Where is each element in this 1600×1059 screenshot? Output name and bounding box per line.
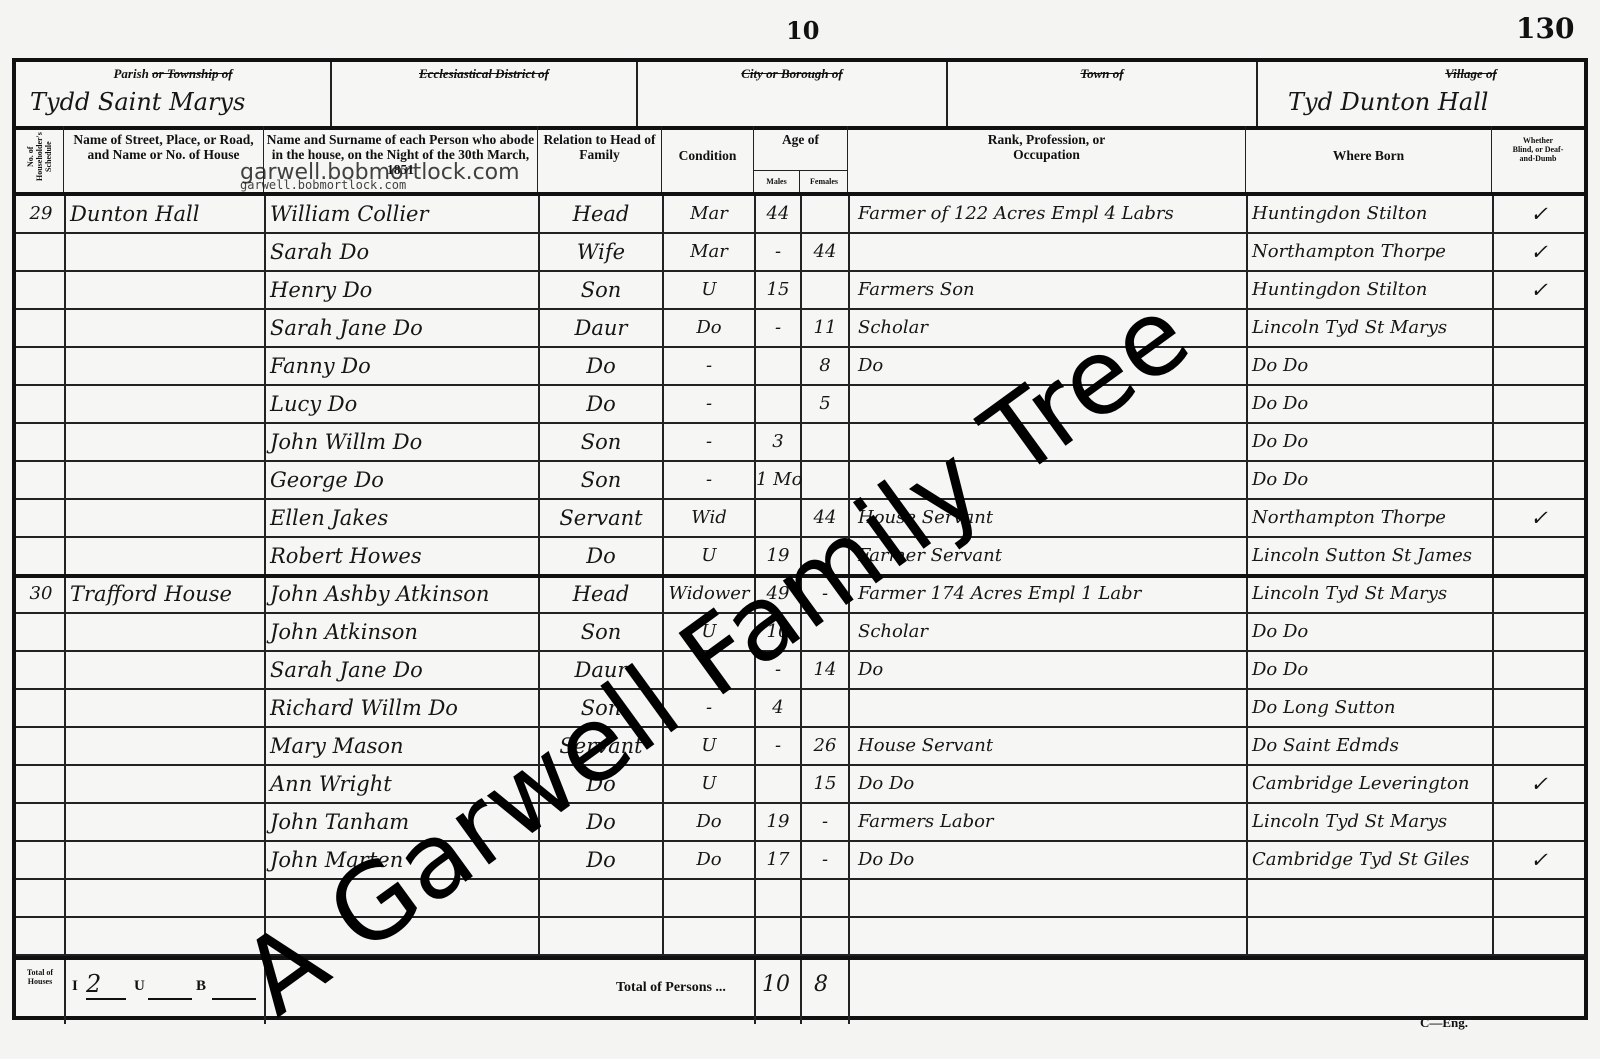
- relation: Do: [540, 538, 662, 574]
- col-condition: Condition: [662, 126, 754, 192]
- condition: [664, 880, 754, 916]
- schedule-number: [20, 880, 62, 916]
- age-male: 10: [756, 614, 800, 650]
- where-born: Do Long Sutton: [1252, 690, 1492, 726]
- relation: [540, 918, 662, 954]
- age-male: 1 Mo: [756, 462, 800, 498]
- age-female: 26: [802, 728, 848, 764]
- relation: Daur: [540, 310, 662, 346]
- age-female: [802, 880, 848, 916]
- occupation: Scholar: [858, 310, 1238, 346]
- occupation: Farmers Labor: [858, 804, 1238, 840]
- occupation: Farmer Servant: [858, 538, 1238, 574]
- village-value: Tyd Dunton Hall: [1288, 88, 1488, 116]
- table-row: Ann WrightDoU15Do DoCambridge Leveringto…: [16, 766, 1584, 804]
- age-female: 8: [802, 348, 848, 384]
- schedule-number: [20, 842, 62, 878]
- relation: Servant: [540, 728, 662, 764]
- relation: Son: [540, 424, 662, 460]
- age-male: 49: [756, 576, 800, 612]
- blind-deaf-mark: ✓: [1494, 234, 1584, 270]
- condition: Do: [664, 310, 754, 346]
- occupation: Do: [858, 652, 1238, 688]
- total-houses-label: Total of Houses: [20, 968, 60, 986]
- census-sheet: Parish or Township of Tydd Saint Marys E…: [12, 58, 1588, 1020]
- occupation: Scholar: [858, 614, 1238, 650]
- relation: Daur: [540, 652, 662, 688]
- age-male: -: [756, 310, 800, 346]
- where-born: Huntingdon Stilton: [1252, 272, 1492, 308]
- street-name: [70, 766, 260, 802]
- person-name: Sarah Do: [270, 234, 369, 270]
- occupation: [858, 690, 1238, 726]
- males-total: 10: [762, 972, 790, 997]
- condition: U: [664, 614, 754, 650]
- relation: Do: [540, 842, 662, 878]
- table-row: John MartenDoDo17-Do DoCambridge Tyd St …: [16, 842, 1584, 880]
- schedule-number: [20, 272, 62, 308]
- age-female: [802, 614, 848, 650]
- blind-deaf-mark: ✓: [1494, 196, 1584, 232]
- condition: Widower: [664, 576, 754, 612]
- age-female: -: [802, 576, 848, 612]
- person-name: John Willm Do: [270, 424, 422, 460]
- age-male: 3: [756, 424, 800, 460]
- age-female: [802, 424, 848, 460]
- blind-deaf-mark: [1494, 348, 1584, 384]
- street-name: [70, 652, 260, 688]
- parish-cell: Parish or Township of Tydd Saint Marys: [16, 62, 332, 126]
- table-row: John AtkinsonSonU10ScholarDo Do: [16, 614, 1584, 652]
- street-name: [70, 842, 260, 878]
- age-male: [756, 766, 800, 802]
- table-row: 29Dunton HallWilliam CollierHeadMar44Far…: [16, 196, 1584, 234]
- parish-struck-label: or Township of: [152, 66, 232, 81]
- person-name: John Marten: [270, 842, 403, 878]
- relation: [540, 880, 662, 916]
- where-born: Do Do: [1252, 614, 1492, 650]
- age-male: -: [756, 234, 800, 270]
- age-female: [802, 196, 848, 232]
- total-persons-label: Total of Persons ...: [616, 980, 726, 996]
- age-female: [802, 538, 848, 574]
- person-name: George Do: [270, 462, 384, 498]
- occupation: House Servant: [858, 500, 1238, 536]
- where-born: Lincoln Sutton St James: [1252, 538, 1492, 574]
- blind-deaf-mark: [1494, 880, 1584, 916]
- schedule-number: [20, 234, 62, 270]
- inhabited-label: I: [72, 978, 78, 995]
- person-name: Sarah Jane Do: [270, 310, 423, 346]
- condition: -: [664, 652, 754, 688]
- condition: U: [664, 272, 754, 308]
- form-mark: C—Eng.: [1420, 1015, 1468, 1031]
- where-born: [1252, 918, 1492, 954]
- age-male: -: [756, 652, 800, 688]
- folio-number-center: 10: [786, 16, 819, 45]
- relation: Head: [540, 576, 662, 612]
- where-born: Do Saint Edmds: [1252, 728, 1492, 764]
- condition: -: [664, 424, 754, 460]
- street-name: Trafford House: [70, 576, 260, 612]
- relation: Wife: [540, 234, 662, 270]
- age-female: 44: [802, 234, 848, 270]
- town-label: Town of: [948, 66, 1256, 82]
- schedule-number: [20, 348, 62, 384]
- blind-deaf-mark: [1494, 386, 1584, 422]
- condition: Wid: [664, 500, 754, 536]
- blind-deaf-mark: [1494, 576, 1584, 612]
- schedule-number: [20, 386, 62, 422]
- age-male: 19: [756, 804, 800, 840]
- relation: Do: [540, 804, 662, 840]
- condition: Do: [664, 804, 754, 840]
- occupation: Farmer of 122 Acres Empl 4 Labrs: [858, 196, 1238, 232]
- census-entries: 29Dunton HallWilliam CollierHeadMar44Far…: [16, 196, 1584, 956]
- street-name: [70, 386, 260, 422]
- city-label: City or Borough of: [638, 66, 946, 82]
- village-cell: Village of Tyd Dunton Hall: [1258, 62, 1584, 126]
- street-name: [70, 310, 260, 346]
- person-name: Ellen Jakes: [270, 500, 388, 536]
- where-born: Cambridge Leverington: [1252, 766, 1492, 802]
- parish-label: Parish: [113, 66, 148, 81]
- blind-deaf-mark: ✓: [1494, 272, 1584, 308]
- person-name: Ann Wright: [270, 766, 392, 802]
- blind-deaf-mark: ✓: [1494, 842, 1584, 878]
- schedule-number: [20, 918, 62, 954]
- condition: U: [664, 766, 754, 802]
- blind-deaf-mark: [1494, 462, 1584, 498]
- schedule-number: [20, 500, 62, 536]
- blind-deaf-mark: [1494, 652, 1584, 688]
- where-born: Do Do: [1252, 424, 1492, 460]
- ecclesiastical-label: Ecclesiastical District of: [332, 66, 636, 82]
- where-born: Do Do: [1252, 348, 1492, 384]
- age-female: [802, 690, 848, 726]
- table-row: Sarah Jane DoDaurDo-11ScholarLincoln Tyd…: [16, 310, 1584, 348]
- street-name: [70, 690, 260, 726]
- occupation: [858, 880, 1238, 916]
- age-male: [756, 880, 800, 916]
- col-schedule: No. of Householder's Schedule: [16, 126, 64, 192]
- where-born: [1252, 880, 1492, 916]
- relation: Do: [540, 348, 662, 384]
- occupation: Farmer 174 Acres Empl 1 Labr: [858, 576, 1238, 612]
- age-female: 44: [802, 500, 848, 536]
- table-row: John TanhamDoDo19-Farmers LaborLincoln T…: [16, 804, 1584, 842]
- relation: Do: [540, 386, 662, 422]
- blind-deaf-mark: [1494, 918, 1584, 954]
- relation: Son: [540, 690, 662, 726]
- blind-deaf-mark: [1494, 690, 1584, 726]
- age-male: -: [756, 728, 800, 764]
- table-row: George DoSon-1 MoDo Do: [16, 462, 1584, 500]
- schedule-number: [20, 424, 62, 460]
- relation: Son: [540, 272, 662, 308]
- occupation: [858, 462, 1238, 498]
- col-street: Name of Street, Place, or Road, and Name…: [64, 126, 264, 192]
- age-female: 11: [802, 310, 848, 346]
- schedule-number: [20, 766, 62, 802]
- condition: [664, 918, 754, 954]
- age-female: 14: [802, 652, 848, 688]
- occupation: Do Do: [858, 842, 1238, 878]
- blind-deaf-mark: [1494, 804, 1584, 840]
- street-name: [70, 348, 260, 384]
- table-row: Fanny DoDo-8DoDo Do: [16, 348, 1584, 386]
- occupation: [858, 234, 1238, 270]
- blind-deaf-mark: [1494, 728, 1584, 764]
- condition: -: [664, 462, 754, 498]
- condition: U: [664, 728, 754, 764]
- table-row: Ellen JakesServantWid44House ServantNort…: [16, 500, 1584, 538]
- street-name: Dunton Hall: [70, 196, 260, 232]
- age-male: [756, 500, 800, 536]
- city-cell: City or Borough of: [638, 62, 948, 126]
- table-row: Mary MasonServantU-26House ServantDo Sai…: [16, 728, 1584, 766]
- table-row: Sarah DoWifeMar-44Northampton Thorpe✓: [16, 234, 1584, 272]
- schedule-number: [20, 614, 62, 650]
- where-born: Lincoln Tyd St Marys: [1252, 804, 1492, 840]
- age-female: [802, 462, 848, 498]
- schedule-number: 30: [20, 576, 62, 612]
- relation: Head: [540, 196, 662, 232]
- street-name: [70, 234, 260, 270]
- occupation: Do Do: [858, 766, 1238, 802]
- blind-deaf-mark: ✓: [1494, 766, 1584, 802]
- condition: Mar: [664, 234, 754, 270]
- table-row: Lucy DoDo-5Do Do: [16, 386, 1584, 424]
- uninhabited-label: U: [134, 978, 145, 995]
- col-relation: Relation to Head of Family: [538, 126, 662, 192]
- age-female: 15: [802, 766, 848, 802]
- street-name: [70, 500, 260, 536]
- person-name: John Atkinson: [270, 614, 418, 650]
- table-row: Sarah Jane DoDaur--14DoDo Do: [16, 652, 1584, 690]
- table-row: [16, 880, 1584, 918]
- occupation: [858, 424, 1238, 460]
- person-name: Fanny Do: [270, 348, 371, 384]
- occupation: [858, 918, 1238, 954]
- where-born: Do Do: [1252, 386, 1492, 422]
- person-name: Henry Do: [270, 272, 372, 308]
- age-female: [802, 272, 848, 308]
- occupation: Do: [858, 348, 1238, 384]
- col-age-males: Males: [754, 170, 800, 192]
- schedule-number: [20, 690, 62, 726]
- where-born: Lincoln Tyd St Marys: [1252, 576, 1492, 612]
- schedule-number: [20, 728, 62, 764]
- folio-number-right: 130: [1516, 12, 1574, 45]
- site-watermark-small: garwell.bobmortlock.com: [240, 178, 406, 192]
- schedule-number: [20, 538, 62, 574]
- schedule-number: [20, 310, 62, 346]
- where-born: Do Do: [1252, 462, 1492, 498]
- person-name: Robert Howes: [270, 538, 422, 574]
- table-row: [16, 918, 1584, 956]
- where-born: Cambridge Tyd St Giles: [1252, 842, 1492, 878]
- blind-deaf-mark: ✓: [1494, 500, 1584, 536]
- occupation: Farmers Son: [858, 272, 1238, 308]
- relation: Do: [540, 766, 662, 802]
- where-born: Do Do: [1252, 652, 1492, 688]
- blind-deaf-mark: [1494, 538, 1584, 574]
- person-name: Richard Willm Do: [270, 690, 458, 726]
- table-row: Robert HowesDoU19Farmer ServantLincoln S…: [16, 538, 1584, 576]
- blind-deaf-mark: [1494, 614, 1584, 650]
- district-header-row: Parish or Township of Tydd Saint Marys E…: [16, 62, 1584, 130]
- age-female: -: [802, 842, 848, 878]
- where-born: Lincoln Tyd St Marys: [1252, 310, 1492, 346]
- col-where-born: Where Born: [1246, 126, 1492, 192]
- schedule-number: 29: [20, 196, 62, 232]
- street-name: [70, 918, 260, 954]
- street-name: [70, 424, 260, 460]
- person-name: Sarah Jane Do: [270, 652, 423, 688]
- col-age-females: Females: [800, 170, 848, 192]
- age-female: 5: [802, 386, 848, 422]
- schedule-number: [20, 652, 62, 688]
- town-cell: Town of: [948, 62, 1258, 126]
- age-male: [756, 918, 800, 954]
- table-row: Henry DoSonU15Farmers SonHuntingdon Stil…: [16, 272, 1584, 310]
- street-name: [70, 804, 260, 840]
- where-born: Northampton Thorpe: [1252, 234, 1492, 270]
- street-name: [70, 538, 260, 574]
- person-name: John Tanham: [270, 804, 409, 840]
- col-age: Age of Males Females: [754, 126, 848, 192]
- age-male: [756, 386, 800, 422]
- inhabited-value: 2: [86, 970, 126, 1000]
- age-male: [756, 348, 800, 384]
- condition: -: [664, 690, 754, 726]
- occupation: House Servant: [858, 728, 1238, 764]
- age-male: 44: [756, 196, 800, 232]
- building-label: B: [196, 978, 206, 995]
- where-born: Northampton Thorpe: [1252, 500, 1492, 536]
- condition: U: [664, 538, 754, 574]
- relation: Son: [540, 614, 662, 650]
- table-row: John Willm DoSon-3Do Do: [16, 424, 1584, 462]
- totals-row: Total of Houses I 2 U B Total of Persons…: [16, 956, 1584, 1024]
- condition: Mar: [664, 196, 754, 232]
- age-male: 19: [756, 538, 800, 574]
- blind-deaf-mark: [1494, 310, 1584, 346]
- age-male: 17: [756, 842, 800, 878]
- col-occupation: Rank, Profession, or Occupation: [848, 126, 1246, 192]
- person-name: William Collier: [270, 196, 429, 232]
- occupation: [858, 386, 1238, 422]
- village-label: Village of: [1358, 66, 1584, 82]
- table-row: Richard Willm DoSon-4Do Long Sutton: [16, 690, 1584, 728]
- col-blind-deaf: Whether Blind, or Deaf-and-Dumb: [1492, 126, 1584, 192]
- age-male: 4: [756, 690, 800, 726]
- age-female: -: [802, 804, 848, 840]
- street-name: [70, 462, 260, 498]
- street-name: [70, 614, 260, 650]
- condition: Do: [664, 842, 754, 878]
- parish-value: Tydd Saint Marys: [30, 88, 245, 116]
- table-row: 30Trafford HouseJohn Ashby AtkinsonHeadW…: [16, 576, 1584, 614]
- where-born: Huntingdon Stilton: [1252, 196, 1492, 232]
- street-name: [70, 272, 260, 308]
- person-name: John Ashby Atkinson: [270, 576, 489, 612]
- condition: -: [664, 386, 754, 422]
- condition: -: [664, 348, 754, 384]
- blind-deaf-mark: [1494, 424, 1584, 460]
- ecclesiastical-cell: Ecclesiastical District of: [332, 62, 638, 126]
- schedule-number: [20, 462, 62, 498]
- street-name: [70, 880, 260, 916]
- age-male: 15: [756, 272, 800, 308]
- schedule-number: [20, 804, 62, 840]
- person-name: Mary Mason: [270, 728, 404, 764]
- females-total: 8: [814, 972, 828, 997]
- street-name: [70, 728, 260, 764]
- relation: Son: [540, 462, 662, 498]
- age-female: [802, 918, 848, 954]
- person-name: Lucy Do: [270, 386, 357, 422]
- relation: Servant: [540, 500, 662, 536]
